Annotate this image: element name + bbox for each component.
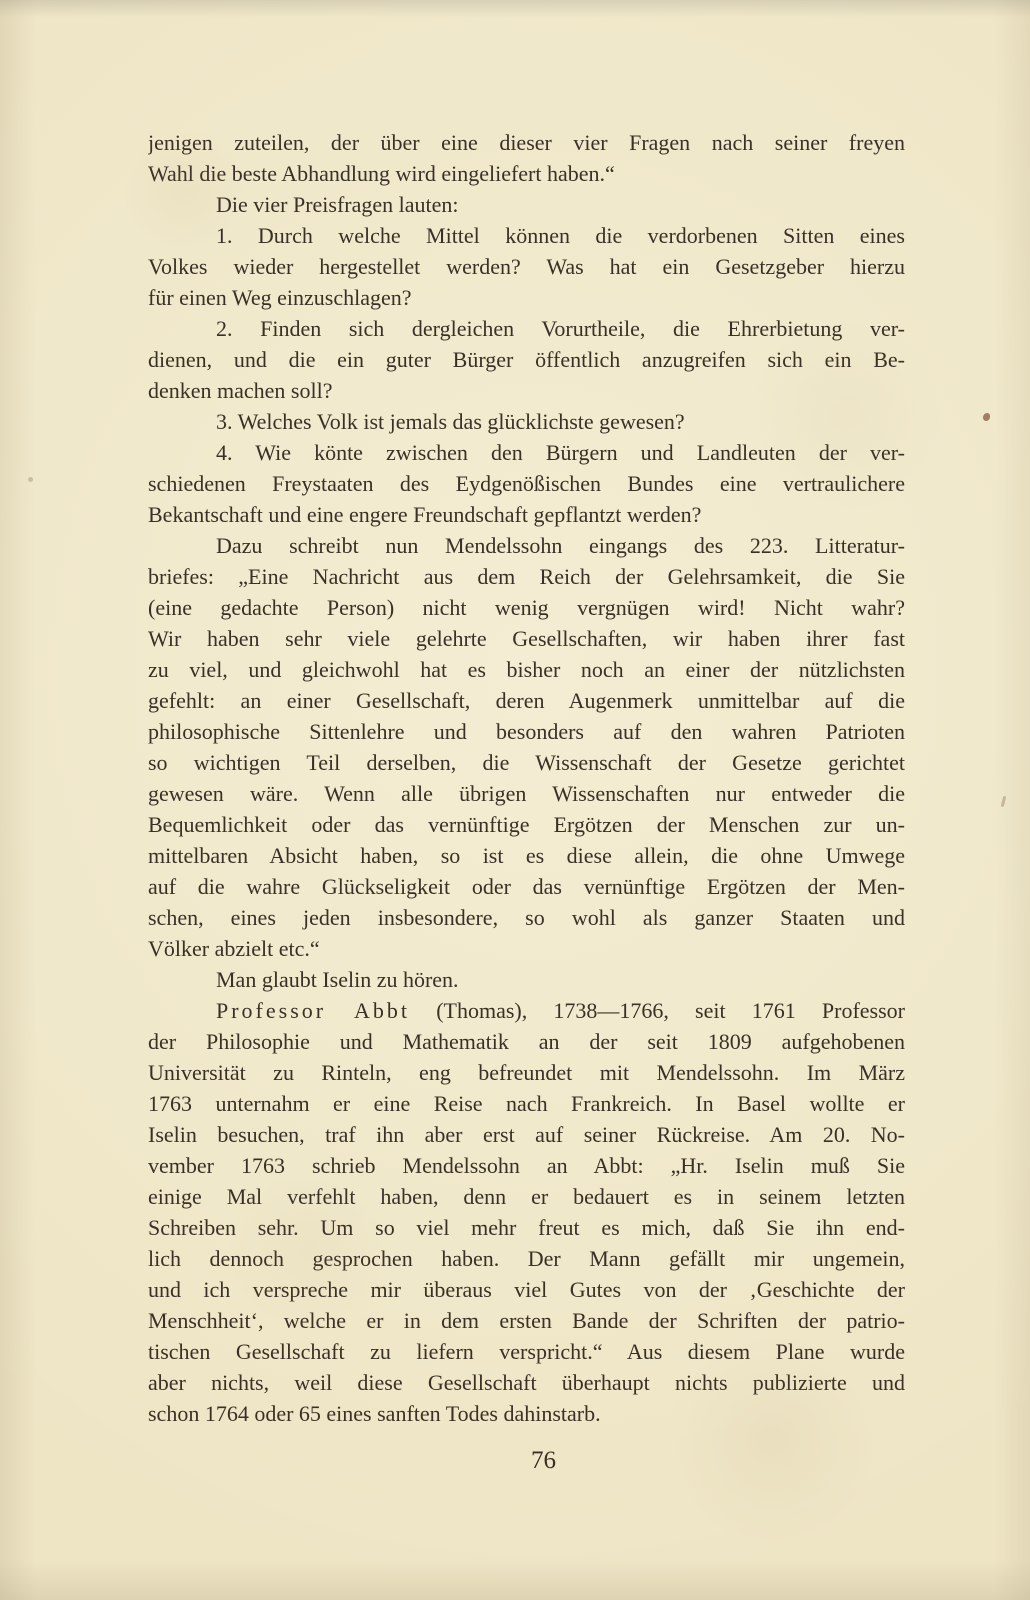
text-line: Volkes wieder hergestellet werden? Was h… — [148, 251, 905, 282]
text-line: aber nichts, weil diese Gesellschaft übe… — [148, 1367, 905, 1398]
text-line: mittelbaren Absicht haben, so ist es die… — [148, 840, 905, 871]
text-line: jenigen zuteilen, der über eine dieser v… — [148, 127, 905, 158]
text-line: 3. Welches Volk ist jemals das glücklich… — [148, 406, 905, 437]
text-line: tischen Gesellschaft zu liefern verspric… — [148, 1336, 905, 1367]
text-line: schen, eines jeden insbesondere, so wohl… — [148, 902, 905, 933]
text-line: 1. Durch welche Mittel können die verdor… — [148, 220, 905, 251]
text-line: 2. Finden sich dergleichen Vorurtheile, … — [148, 313, 905, 344]
text-line: lich dennoch gesprochen haben. Der Mann … — [148, 1243, 905, 1274]
text-line: Bequemlichkeit oder das vernünftige Ergö… — [148, 809, 905, 840]
text-line: schiedenen Freystaaten des Eydgenößische… — [148, 468, 905, 499]
text-line: Iselin besuchen, traf ihn aber erst auf … — [148, 1119, 905, 1150]
book-page: jenigen zuteilen, der über eine dieser v… — [0, 0, 1030, 1600]
text-line: und ich verspreche mir überaus viel Gute… — [148, 1274, 905, 1305]
text-line: philosophische Sittenlehre und besonders… — [148, 716, 905, 747]
text-line: gefehlt: an einer Gesellschaft, deren Au… — [148, 685, 905, 716]
text-line: so wichtigen Teil derselben, die Wissens… — [148, 747, 905, 778]
text-line: zu viel, und gleichwohl hat es bisher no… — [148, 654, 905, 685]
page-text: jenigen zuteilen, der über eine dieser v… — [148, 127, 905, 1429]
page-number: 76 — [165, 1444, 922, 1478]
text-line: Völker abzielt etc.“ — [148, 933, 905, 964]
text-line: Wir haben sehr viele gelehrte Gesellscha… — [148, 623, 905, 654]
text-line: Menschheit‘, welche er in dem ersten Ban… — [148, 1305, 905, 1336]
text-line: dienen, und die ein guter Bürger öffentl… — [148, 344, 905, 375]
text-line: Die vier Preisfragen lauten: — [148, 189, 905, 220]
text-line: (eine gedachte Person) nicht wenig vergn… — [148, 592, 905, 623]
text-line: Universität zu Rinteln, eng befreundet m… — [148, 1057, 905, 1088]
text-line: Man glaubt Iselin zu hören. — [148, 964, 905, 995]
text-line: Wahl die beste Abhandlung wird eingelief… — [148, 158, 905, 189]
text-line: für einen Weg einzuschlagen? — [148, 282, 905, 313]
text-line: Bekantschaft und eine engere Freundschaf… — [148, 499, 905, 530]
text-line: denken machen soll? — [148, 375, 905, 406]
text-line: einige Mal verfehlt haben, denn er bedau… — [148, 1181, 905, 1212]
text-line: schon 1764 oder 65 eines sanften Todes d… — [148, 1398, 905, 1429]
text-line: Schreiben sehr. Um so viel mehr freut es… — [148, 1212, 905, 1243]
text-line: briefes: „Eine Nachricht aus dem Reich d… — [148, 561, 905, 592]
text-line: gewesen wäre. Wenn alle übrigen Wissensc… — [148, 778, 905, 809]
text-line: vember 1763 schrieb Mendelssohn an Abbt:… — [148, 1150, 905, 1181]
text-line: Dazu schreibt nun Mendelssohn eingangs d… — [148, 530, 905, 561]
letterspaced-name: Professor Abbt — [216, 998, 410, 1023]
text-line: der Philosophie und Mathematik an der se… — [148, 1026, 905, 1057]
text-run: (Thomas), 1738—1766, seit 1761 Professor — [410, 998, 905, 1023]
text-line: 4. Wie könte zwischen den Bürgern und La… — [148, 437, 905, 468]
text-line: Professor Abbt (Thomas), 1738—1766, seit… — [148, 995, 905, 1026]
paper-speck — [983, 413, 990, 421]
paper-speck — [1001, 796, 1007, 807]
text-line: 1763 unternahm er eine Reise nach Frankr… — [148, 1088, 905, 1119]
text-line: auf die wahre Glückseligkeit oder das ve… — [148, 871, 905, 902]
paper-speck — [28, 477, 33, 482]
